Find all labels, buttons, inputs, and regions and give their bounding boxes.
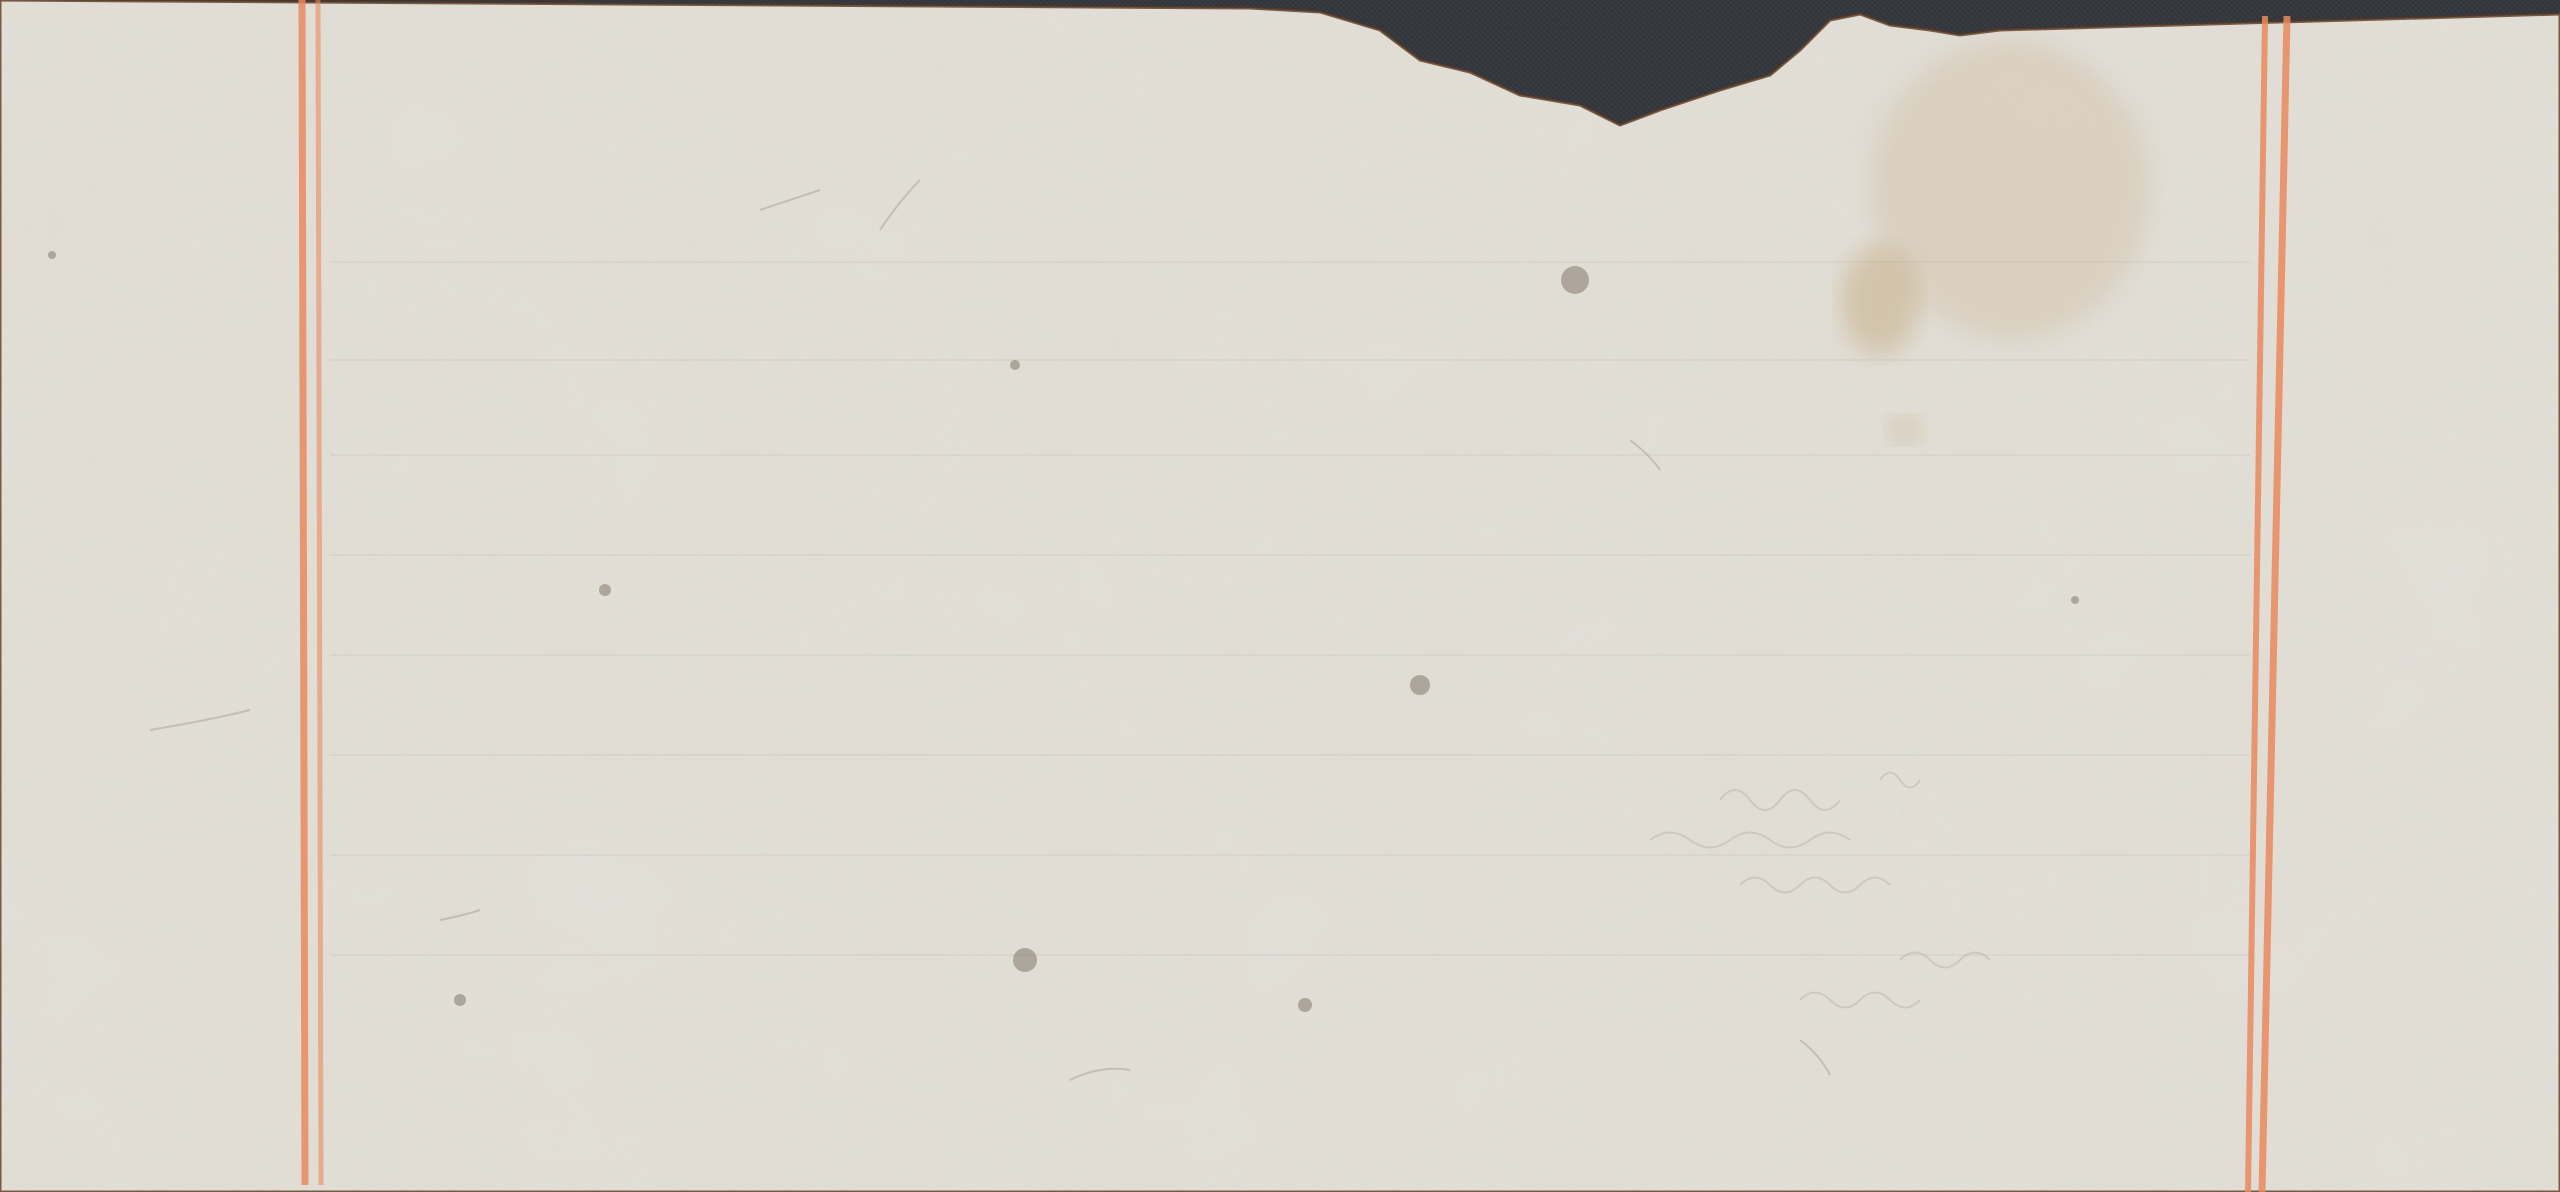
left-margin-rule-outer	[302, 0, 305, 1185]
paper-svg	[0, 0, 2560, 1192]
paper-sheet	[0, 0, 2560, 1192]
left-margin-rule-inner	[318, 0, 321, 1185]
